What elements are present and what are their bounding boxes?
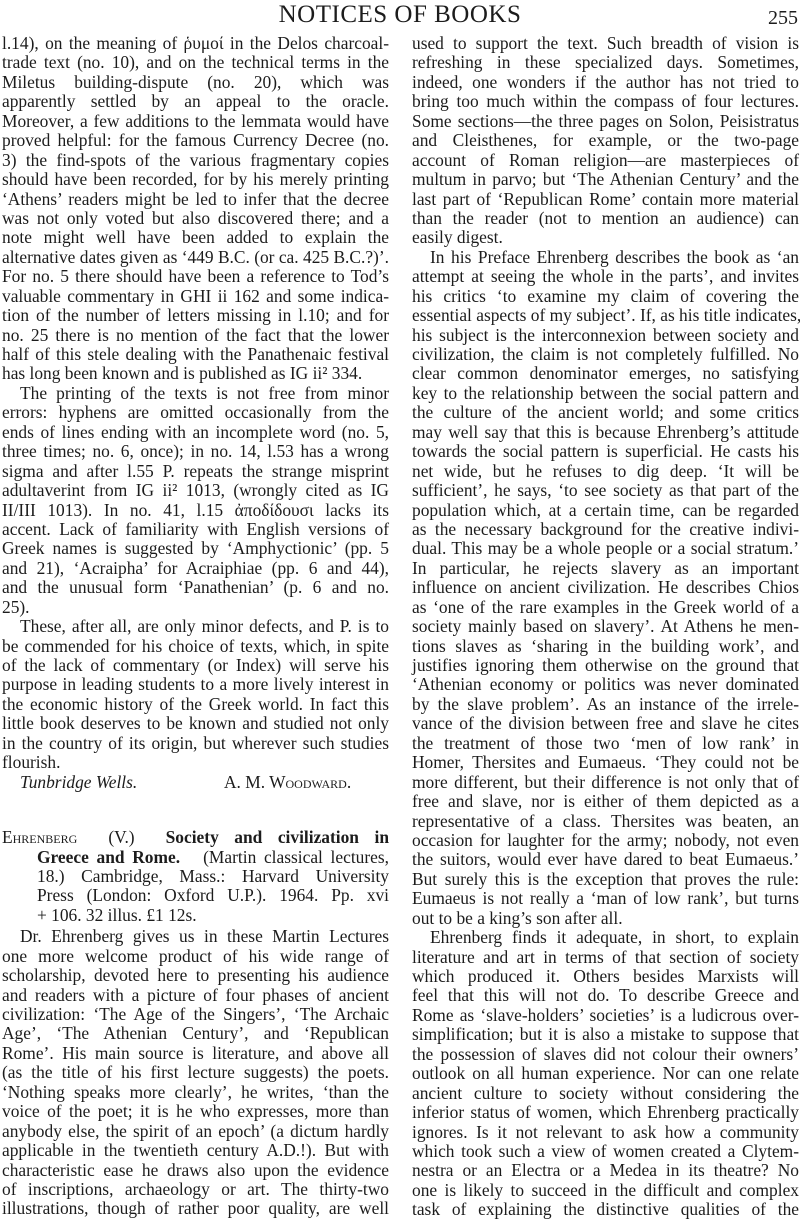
citation-title: Society and civilization in <box>166 827 389 847</box>
text-line: l.14), on the meaning of ῥυμοί in the De… <box>2 34 389 53</box>
text-line: the possession of slaves did not colour … <box>412 1045 799 1064</box>
text-line: sigma and after l.55 P. repeats the stra… <box>2 462 389 481</box>
text-line: towards the social pattern is superficia… <box>412 442 799 461</box>
text-line: Age’, ‘The Athenian Century’, and ‘Repub… <box>2 1024 389 1043</box>
text-line: characteristic ease he draws also upon t… <box>2 1161 389 1180</box>
text-line: ‘Nothing speaks more clearly’, he writes… <box>2 1083 389 1102</box>
text-line: should have been recorded, for by his me… <box>2 170 389 189</box>
review-signature: Tunbridge Wells. A. M. Woodward. <box>2 773 389 792</box>
text-line: which took such a view of women created … <box>412 1142 799 1161</box>
text-line: attempt at seeing the whole in the parts… <box>412 267 799 286</box>
text-line: his critics ‘to examine my claim of cove… <box>412 287 799 306</box>
page-number: 255 <box>768 6 798 30</box>
text-line: of inscriptions, archaeology or art. The… <box>2 1180 389 1199</box>
left-column: l.14), on the meaning of ῥυμοί in the De… <box>2 34 389 1219</box>
text-line: For no. 5 there should have been a refer… <box>2 267 389 286</box>
citation-line: + 106. 32 illus. £1 12s. <box>2 906 389 925</box>
text-line: essential aspects of my subject’. If, as… <box>412 306 799 325</box>
text-line: errors: hyphens are omitted occasionally… <box>2 403 389 422</box>
text-line: half of this stele dealing with the Pana… <box>2 345 389 364</box>
text-line: feel that this will not do. To describe … <box>412 986 799 1005</box>
text-line: has long been known and is published as … <box>2 364 389 383</box>
text-line: his subject is the interconnexion betwee… <box>412 326 799 345</box>
citation-line: 18.) Cambridge, Mass.: Harvard Universit… <box>2 867 389 886</box>
text-line: influence on ancient civilization. He de… <box>412 578 799 597</box>
text-line: easily digest. <box>412 228 799 247</box>
text-line: vance of the division between free and s… <box>412 714 799 733</box>
text-line: ends of lines ending with an incomplete … <box>2 423 389 442</box>
paragraph: In his Preface Ehrenberg describes the b… <box>412 248 799 928</box>
citation-series: (Martin classical lectures, <box>203 847 389 867</box>
text-line: valuable commentary in GHI ii 162 and so… <box>2 287 389 306</box>
section-gap <box>2 792 389 828</box>
text-line: used to support the text. Such breadth o… <box>412 34 799 53</box>
text-line: The printing of the texts is not free fr… <box>2 384 389 403</box>
text-line: flourish. <box>2 753 389 772</box>
text-line: and 21), ‘Acraipha’ for Acraiphiae (pp. … <box>2 559 389 578</box>
text-line: the treatment of those two ‘men of low r… <box>412 734 799 753</box>
text-line: Miletus building-dispute (no. 20), which… <box>2 73 389 92</box>
text-line: multum in parvo; but ‘The Athenian Centu… <box>412 170 799 189</box>
text-line: was not only voted but also discovered t… <box>2 209 389 228</box>
text-line: simplification; but it is also a mistake… <box>412 1025 799 1044</box>
text-line: Ehrenberg finds it adequate, in short, t… <box>412 928 799 947</box>
text-line: outlook on all human experience. Nor can… <box>412 1064 799 1083</box>
text-line: trade text (no. 10), and on the technica… <box>2 53 389 72</box>
text-line: illustrations, though of rather poor qua… <box>2 1199 389 1218</box>
text-line: II/III 1013). In no. 41, l.15 ἀποδίδουσι… <box>2 501 389 520</box>
signature-place: Tunbridge Wells. <box>20 773 137 792</box>
text-line: note might well have been added to expla… <box>2 228 389 247</box>
text-line: the economic history of the Greek world.… <box>2 695 389 714</box>
text-line: one more welcome product of his wide ran… <box>2 947 389 966</box>
text-line: (as the title of his first lecture sugge… <box>2 1063 389 1082</box>
paragraph: l.14), on the meaning of ῥυμοί in the De… <box>2 34 389 384</box>
text-line: as ‘one of the rare examples in the Gree… <box>412 598 799 617</box>
text-line: But surely this is the exception that pr… <box>412 870 799 889</box>
text-line: as the necessary background for the crea… <box>412 520 799 539</box>
text-line: adultaverint from IG ii² 1013, (wrongly … <box>2 481 389 500</box>
text-line: Eumaeus is not really a ‘man of low rank… <box>412 889 799 908</box>
text-line: the suitors, would ever have dared to be… <box>412 850 799 869</box>
text-line: three times; no. 6, once); in no. 14, l.… <box>2 442 389 461</box>
text-line: apparently settled by an appeal to the o… <box>2 92 389 111</box>
text-line: Rome’. His main source is literature, an… <box>2 1044 389 1063</box>
text-line: than the reader (not to mention an audie… <box>412 209 799 228</box>
text-line: Homer, Thersites and Eumaeus. ‘They coul… <box>412 753 799 772</box>
text-line: net wide, but he refuses to dig deep. ‘I… <box>412 462 799 481</box>
text-line: tion of the number of letters missing in… <box>2 306 389 325</box>
text-line: little book deserves to be known and stu… <box>2 714 389 733</box>
text-line: purpose in leading students to a more li… <box>2 675 389 694</box>
text-line: society mainly based on slavery’. At Ath… <box>412 617 799 636</box>
text-line: ancient culture to society without consi… <box>412 1084 799 1103</box>
text-line: ‘Athens’ readers might be led to infer t… <box>2 190 389 209</box>
text-line: justifies ignoring them otherwise on the… <box>412 656 799 675</box>
text-line: nestra or an Electra or a Medea in its t… <box>412 1161 799 1180</box>
text-line: free and slave, nor is either of them de… <box>412 792 799 811</box>
text-line: 25). <box>2 598 389 617</box>
book-citation: Ehrenberg (V.) Society and civilization … <box>2 828 389 925</box>
text-line: accent. Lack of familiarity with English… <box>2 520 389 539</box>
text-line: Dr. Ehrenberg gives us in these Martin L… <box>2 927 389 946</box>
citation-title-cont: Greece and Rome. <box>37 847 180 867</box>
text-line: no. 25 there is no mention of the fact t… <box>2 326 389 345</box>
text-line: ‘Athenian economy or politics was never … <box>412 675 799 694</box>
page-header: NOTICES OF BOOKS 255 <box>0 0 800 30</box>
signature-author: A. M. Woodward. <box>224 773 351 792</box>
text-line: and readers with a picture of four phase… <box>2 986 389 1005</box>
text-line: applicable in the twentieth century A.D.… <box>2 1141 389 1160</box>
paragraph: Ehrenberg finds it adequate, in short, t… <box>412 928 799 1220</box>
text-line: which produced it. Others besides Marxis… <box>412 967 799 986</box>
text-line: clear common denominator emerges, no sat… <box>412 364 799 383</box>
text-line: Rome as ‘slave-holders’ societies’ is a … <box>412 1006 799 1025</box>
paragraph: used to support the text. Such breadth o… <box>412 34 799 248</box>
text-line: key to the relationship between the soci… <box>412 384 799 403</box>
text-line: alternative dates given as ‘449 B.C. (or… <box>2 248 389 267</box>
text-line: indeed, one wonders if the author has no… <box>412 73 799 92</box>
text-line: task of explaining the distinctive quali… <box>412 1200 799 1219</box>
text-line: account of Roman religion—are masterpiec… <box>412 151 799 170</box>
text-line: literature and art in terms of that sect… <box>412 948 799 967</box>
text-line: inferior status of women, which Ehrenber… <box>412 1103 799 1122</box>
text-line: one is likely to succeed in the difficul… <box>412 1181 799 1200</box>
citation-line: Greece and Rome. (Martin classical lectu… <box>2 848 389 867</box>
text-line: may well say that this is because Ehrenb… <box>412 423 799 442</box>
text-line: occasion for laughter for the army; nobo… <box>412 831 799 850</box>
text-line: Some sections—the three pages on Solon, … <box>412 112 799 131</box>
text-line: In particular, he rejects slavery as an … <box>412 559 799 578</box>
text-line: representative of a class. Thersites was… <box>412 812 799 831</box>
right-column: used to support the text. Such breadth o… <box>412 34 799 1220</box>
text-line: population which, at a certain time, can… <box>412 501 799 520</box>
text-line: be commended for his choice of texts, wh… <box>2 637 389 656</box>
text-line: voice of the poet; it is he who expresse… <box>2 1102 389 1121</box>
text-line: ignores. Is it not relevant to ask how a… <box>412 1123 799 1142</box>
text-line: bring too much within the compass of fou… <box>412 92 799 111</box>
text-line: tions slaves as ‘sharing in the building… <box>412 637 799 656</box>
text-line: These, after all, are only minor defects… <box>2 617 389 636</box>
citation-line: Ehrenberg (V.) Society and civilization … <box>2 828 389 847</box>
text-line: out to be a king’s son after all. <box>412 909 799 928</box>
text-line: sufficient’, he says, ‘to see society as… <box>412 481 799 500</box>
text-line: and Cleisthenes, for example, or the two… <box>412 131 799 150</box>
text-line: In his Preface Ehrenberg describes the b… <box>412 248 799 267</box>
paragraph: The printing of the texts is not free fr… <box>2 384 389 617</box>
text-line: civilization, the claim is not completel… <box>412 345 799 364</box>
paragraph: Dr. Ehrenberg gives us in these Martin L… <box>2 927 389 1219</box>
citation-initial: (V.) <box>108 827 134 847</box>
text-line: last part of ‘Republican Rome’ contain m… <box>412 190 799 209</box>
text-line: and the unusual form ‘Panathenian’ (p. 6… <box>2 578 389 597</box>
text-line: Moreover, a few additions to the lemmata… <box>2 112 389 131</box>
text-line: refreshing in these specialized days. So… <box>412 53 799 72</box>
citation-author: Ehrenberg <box>2 827 77 847</box>
text-line: civilization: ‘The Age of the Singers’, … <box>2 1005 389 1024</box>
text-line: by the slave problem’. As an instance of… <box>412 695 799 714</box>
text-line: dual. This may be a whole people or a so… <box>412 539 799 558</box>
text-line: in the country of its origin, but wherev… <box>2 734 389 753</box>
text-line: the culture of the ancient world; and so… <box>412 403 799 422</box>
text-line: of the lack of commentary (or Index) wil… <box>2 656 389 675</box>
text-line: anybody else, the spirit of an epoch’ (a… <box>2 1122 389 1141</box>
text-line: Greek names is suggested by ‘Amphyctioni… <box>2 539 389 558</box>
paragraph: These, after all, are only minor defects… <box>2 617 389 773</box>
text-line: scholarship, devoted here to presenting … <box>2 966 389 985</box>
text-line: more different, but their difference is … <box>412 773 799 792</box>
running-title: NOTICES OF BOOKS <box>0 0 800 30</box>
text-line: proved helpful: for the famous Currency … <box>2 131 389 150</box>
text-line: 3) the find-spots of the various fragmen… <box>2 151 389 170</box>
citation-line: Press (London: Oxford U.P.). 1964. Pp. x… <box>2 886 389 905</box>
